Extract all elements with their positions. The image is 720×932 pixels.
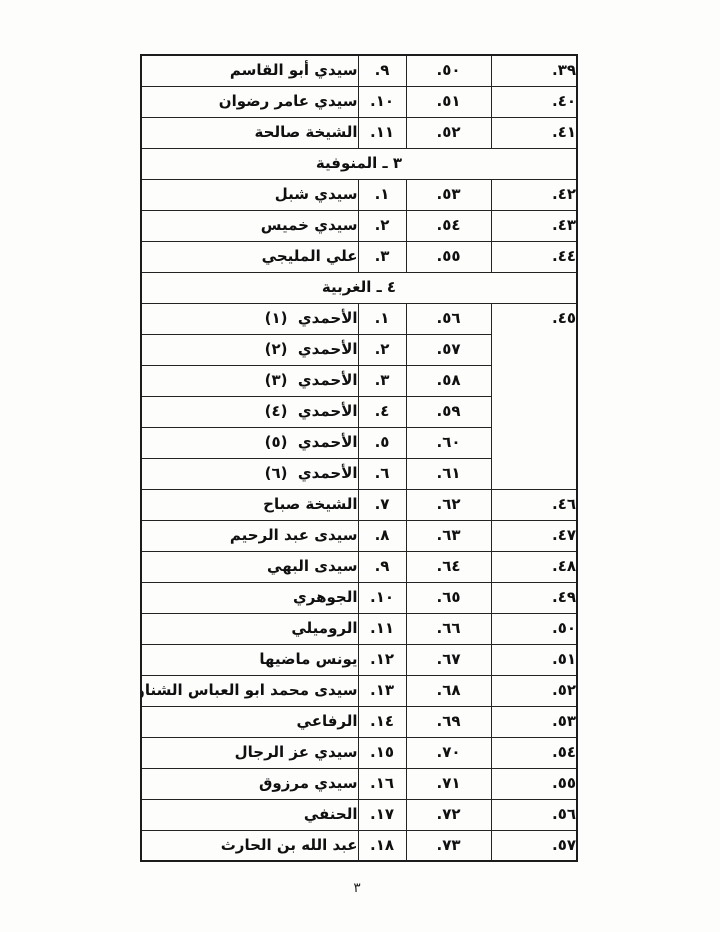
serial-number-cell: ٤.: [358, 396, 406, 427]
table-row: ٤٧.٦٣.٨.سيدى عبد الرحيم: [141, 520, 577, 551]
name-cell: الشيخة صباح: [141, 489, 358, 520]
sequence-number-cell: ٦٤.: [406, 551, 491, 582]
serial-number-cell: ٨.: [358, 520, 406, 551]
sequence-number-cell: ٧٢.: [406, 799, 491, 830]
name-cell: سيدى عبد الرحيم: [141, 520, 358, 551]
table-row: ٤٥.٥٦.١.الأحمدي (١): [141, 303, 577, 334]
name-cell: سيدي شبل: [141, 179, 358, 210]
overall-number-cell: ٥٦.: [491, 799, 577, 830]
table-row: ٥١.٦٧.١٢.يونس ماضيها: [141, 644, 577, 675]
table-row: ٥٠.٦٦.١١.الروميلي: [141, 613, 577, 644]
table-row: ٤٠.٥١.١٠.سيدي عامر رضوان: [141, 86, 577, 117]
table-row: ٥٣.٦٩.١٤.الرفاعي: [141, 706, 577, 737]
sequence-number-cell: ٦٠.: [406, 427, 491, 458]
name-cell: سيدي مرزوق: [141, 768, 358, 799]
table-row: ٤٨.٦٤.٩.سيدى البهي: [141, 551, 577, 582]
section-header-row: ٤ ـ الغربية: [141, 272, 577, 303]
name-cell: الروميلي: [141, 613, 358, 644]
serial-number-cell: ١٤.: [358, 706, 406, 737]
serial-number-cell: ١.: [358, 179, 406, 210]
overall-number-cell: ٤١.: [491, 117, 577, 148]
name-cell: الحنفي: [141, 799, 358, 830]
table-row: ٤٢.٥٣.١.سيدي شبل: [141, 179, 577, 210]
sequence-number-cell: ٦١.: [406, 458, 491, 489]
section-header-row: ٣ ـ المنوفية: [141, 148, 577, 179]
overall-number-cell: ٥١.: [491, 644, 577, 675]
serial-number-cell: ٩.: [358, 551, 406, 582]
table-row: ٤٤.٥٥.٣.علي المليجي: [141, 241, 577, 272]
name-cell: سيدي أبو القاسم: [141, 55, 358, 86]
table-row: ٥٦.٧٢.١٧.الحنفي: [141, 799, 577, 830]
section-header-label: ٤ ـ الغربية: [141, 272, 577, 303]
sequence-number-cell: ٦٦.: [406, 613, 491, 644]
sequence-number-cell: ٥٦.: [406, 303, 491, 334]
sequence-number-cell: ٥٩.: [406, 396, 491, 427]
table-row: ٥٥.٧١.١٦.سيدي مرزوق: [141, 768, 577, 799]
serial-number-cell: ٣.: [358, 365, 406, 396]
sequence-number-cell: ٦٨.: [406, 675, 491, 706]
sequence-number-cell: ٥٥.: [406, 241, 491, 272]
overall-number-cell: ٤٩.: [491, 582, 577, 613]
table-row: ٤١.٥٢.١١.الشيخة صالحة: [141, 117, 577, 148]
serial-number-cell: ١١.: [358, 613, 406, 644]
sequence-number-cell: ٧٣.: [406, 830, 491, 861]
serial-number-cell: ١٦.: [358, 768, 406, 799]
overall-number-cell: ٤٦.: [491, 489, 577, 520]
overall-number-cell: ٥٢.: [491, 675, 577, 706]
serial-number-cell: ٦.: [358, 458, 406, 489]
sequence-number-cell: ٥٧.: [406, 334, 491, 365]
sequence-number-cell: ٥١.: [406, 86, 491, 117]
page-number: ٣: [347, 880, 367, 896]
serial-number-cell: ١.: [358, 303, 406, 334]
serial-number-cell: ١١.: [358, 117, 406, 148]
table-row: ٥٧.٧٣.١٨.عبد الله بن الحارث: [141, 830, 577, 861]
overall-number-cell: ٤٥.: [491, 303, 577, 489]
sequence-number-cell: ٥٨.: [406, 365, 491, 396]
sequence-number-cell: ٥٤.: [406, 210, 491, 241]
name-cell: الأحمدي (٤): [141, 396, 358, 427]
name-cell: يونس ماضيها: [141, 644, 358, 675]
sequence-number-cell: ٦٢.: [406, 489, 491, 520]
name-cell: علي المليجي: [141, 241, 358, 272]
serial-number-cell: ١٧.: [358, 799, 406, 830]
table-row: ٤٣.٥٤.٢.سيدي خميس: [141, 210, 577, 241]
sequence-number-cell: ٦٣.: [406, 520, 491, 551]
table-body: ٣٩.٥٠.٩.سيدي أبو القاسم٤٠.٥١.١٠.سيدي عام…: [141, 55, 577, 861]
table-row: ٥٢.٦٨.١٣.سيدى محمد ابو العباس الشناوي: [141, 675, 577, 706]
sequence-number-cell: ٧٠.: [406, 737, 491, 768]
name-cell: الشيخة صالحة: [141, 117, 358, 148]
overall-number-cell: ٣٩.: [491, 55, 577, 86]
table-row: ٣٩.٥٠.٩.سيدي أبو القاسم: [141, 55, 577, 86]
table-row: ٤٩.٦٥.١٠.الجوهري: [141, 582, 577, 613]
overall-number-cell: ٤٤.: [491, 241, 577, 272]
overall-number-cell: ٤٣.: [491, 210, 577, 241]
overall-number-cell: ٥٠.: [491, 613, 577, 644]
name-cell: سيدى محمد ابو العباس الشناوي: [141, 675, 358, 706]
sequence-number-cell: ٥٠.: [406, 55, 491, 86]
table-row: ٥٤.٧٠.١٥.سيدي عز الرجال: [141, 737, 577, 768]
serial-number-cell: ١٨.: [358, 830, 406, 861]
document-page: ٣٩.٥٠.٩.سيدي أبو القاسم٤٠.٥١.١٠.سيدي عام…: [0, 0, 720, 932]
serial-number-cell: ٩.: [358, 55, 406, 86]
sequence-number-cell: ٦٧.: [406, 644, 491, 675]
name-cell: الأحمدي (٥): [141, 427, 358, 458]
serial-number-cell: ١٠.: [358, 582, 406, 613]
name-cell: الأحمدي (٦): [141, 458, 358, 489]
sequence-number-cell: ٦٩.: [406, 706, 491, 737]
name-cell: عبد الله بن الحارث: [141, 830, 358, 861]
overall-number-cell: ٥٣.: [491, 706, 577, 737]
name-cell: الجوهري: [141, 582, 358, 613]
overall-number-cell: ٤٠.: [491, 86, 577, 117]
serial-number-cell: ١٣.: [358, 675, 406, 706]
sequence-number-cell: ٧١.: [406, 768, 491, 799]
serial-number-cell: ٢.: [358, 334, 406, 365]
name-cell: سيدي عامر رضوان: [141, 86, 358, 117]
overall-number-cell: ٥٧.: [491, 830, 577, 861]
serial-number-cell: ١٠.: [358, 86, 406, 117]
overall-number-cell: ٥٥.: [491, 768, 577, 799]
sequence-number-cell: ٥٢.: [406, 117, 491, 148]
sequence-number-cell: ٥٣.: [406, 179, 491, 210]
serial-number-cell: ٢.: [358, 210, 406, 241]
serial-number-cell: ٧.: [358, 489, 406, 520]
serial-number-cell: ١٥.: [358, 737, 406, 768]
name-cell: سيدى البهي: [141, 551, 358, 582]
serial-number-cell: ١٢.: [358, 644, 406, 675]
section-header-label: ٣ ـ المنوفية: [141, 148, 577, 179]
overall-number-cell: ٥٤.: [491, 737, 577, 768]
overall-number-cell: ٤٧.: [491, 520, 577, 551]
overall-number-cell: ٤٢.: [491, 179, 577, 210]
serial-number-cell: ٣.: [358, 241, 406, 272]
name-cell: الأحمدي (١): [141, 303, 358, 334]
overall-number-cell: ٤٨.: [491, 551, 577, 582]
name-cell: الأحمدي (٣): [141, 365, 358, 396]
name-cell: الأحمدي (٢): [141, 334, 358, 365]
name-cell: سيدي خميس: [141, 210, 358, 241]
sequence-number-cell: ٦٥.: [406, 582, 491, 613]
name-cell: الرفاعي: [141, 706, 358, 737]
saints-table: ٣٩.٥٠.٩.سيدي أبو القاسم٤٠.٥١.١٠.سيدي عام…: [140, 54, 578, 862]
name-cell: سيدي عز الرجال: [141, 737, 358, 768]
table-row: ٤٦.٦٢.٧.الشيخة صباح: [141, 489, 577, 520]
serial-number-cell: ٥.: [358, 427, 406, 458]
